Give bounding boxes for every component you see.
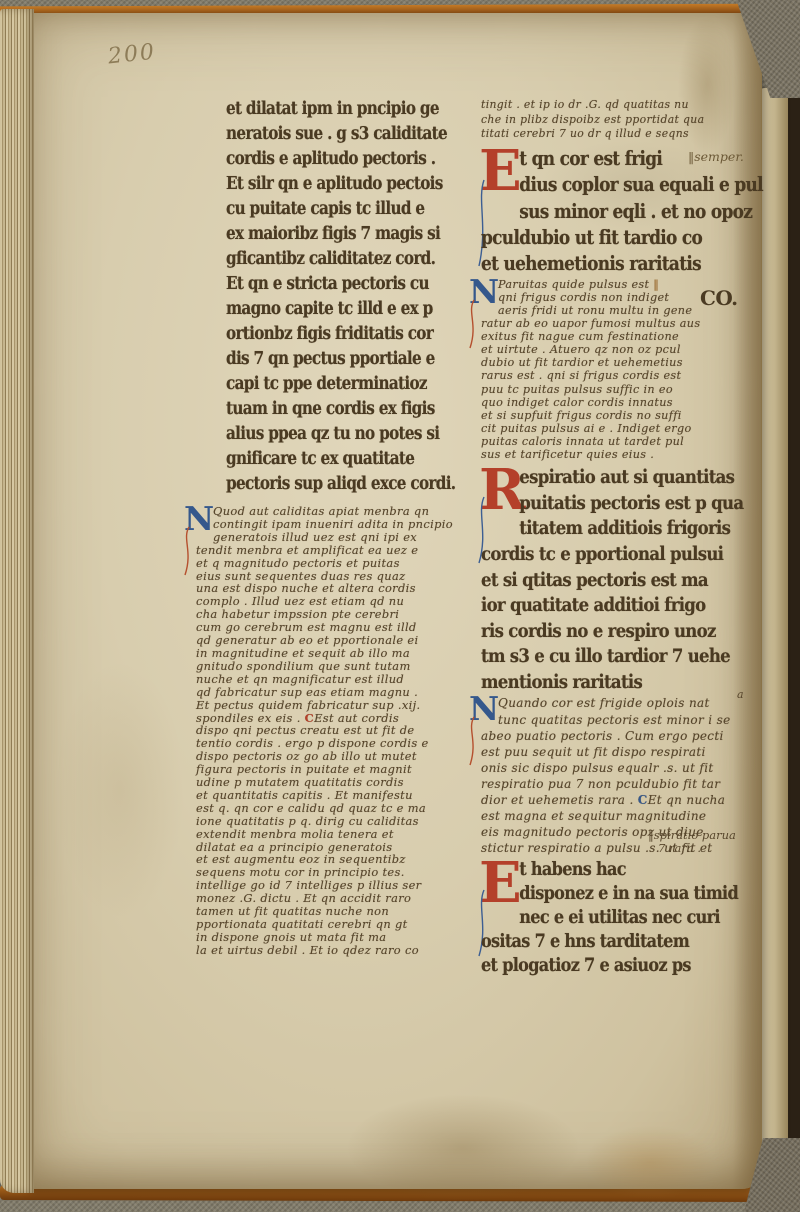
text-line: ositas 7 e hns tarditatem — [481, 930, 730, 954]
text-line: gficantibz caliditatez cord. — [226, 247, 438, 272]
text-line: est magna et sequitur magnitudine — [481, 808, 767, 824]
text-line: rarus est . qni si frigus cordis est — [481, 369, 767, 382]
text-line: et q magnitudo pectoris et puitas — [196, 557, 470, 570]
page-stack-fore-edges — [0, 9, 34, 1193]
text-line: gnitudo spondilium que sunt tutam — [196, 660, 470, 673]
text-line: dior et uehemetis rara . CEt qn nucha — [481, 792, 767, 808]
text-line: quo indiget calor cordis innatus — [481, 396, 767, 409]
penwork-flourish-red — [465, 715, 481, 767]
paraph-mark: C — [305, 711, 314, 725]
text-line: ortionbz figis friditatis cor — [226, 322, 438, 347]
text-line: est q. qn cor e calidu qd quaz tc e ma — [196, 802, 470, 815]
text-line: cordis tc e pportional pulsui — [481, 542, 730, 568]
text-line: puitatis pectoris est p qua — [481, 491, 730, 517]
superscript-correction-a: a — [737, 688, 744, 701]
drop-cap-nota-blue: N — [469, 278, 494, 305]
text-line: cordis e aplitudo pectoris . — [226, 147, 438, 172]
text-line: exitus fit nague cum festinatione — [481, 330, 767, 343]
text-line: ex maioribz figis 7 magis si — [226, 222, 438, 247]
text-line: magno capite tc illd e ex p — [226, 297, 438, 322]
text-line: generatois illud uez est qni ipi ex — [196, 531, 470, 544]
text-line: gnificare tc ex quatitate — [226, 447, 438, 472]
text-line: pectoris sup aliqd exce cordi. — [226, 472, 438, 497]
marginal-note-semper: ‖semper. — [688, 149, 744, 164]
text-line: puu tc puitas pulsus suffic in eo — [481, 383, 767, 396]
text-line: Quod aut caliditas apiat menbra qn — [196, 505, 470, 518]
insertion-caret: ‖ — [653, 278, 659, 291]
text-line: alius ppea qz tu no potes si — [226, 422, 438, 447]
text-line: tendit menbra et amplificat ea uez e — [196, 544, 470, 557]
text-line: cu puitate capis tc illud e — [226, 197, 438, 222]
text-line: nec e ei utilitas nec curi — [481, 906, 730, 930]
text-line: tunc quatitas pectoris est minor i se — [481, 712, 767, 728]
paraph-mark: C — [638, 793, 648, 807]
text-line: in magnitudine et sequit ab illo ma — [196, 647, 470, 660]
left-block-textualis: et dilatat ipm in pncipio generatois sue… — [226, 97, 470, 497]
right-block-respiratio: R espiratio aut si quantitaspuitatis pec… — [481, 465, 767, 695]
text-line: dis 7 qn pectus pportiale e — [226, 347, 438, 372]
text-line: udine p mutatem quatitatis cordis — [196, 776, 470, 789]
text-line: et uirtute . Atuero qz non oz pcul — [481, 343, 767, 356]
text-line: et quantitatis capitis . Et manifestu — [196, 789, 470, 802]
text-line: nuche et qn magnificatur est illud — [196, 673, 470, 686]
drop-cap-nota-blue: N — [469, 695, 494, 722]
left-text-column: et dilatat ipm in pncipio generatois sue… — [196, 97, 470, 957]
text-line: qd fabricatur sup eas etiam magnu . — [196, 686, 470, 699]
folio-number: 200 — [107, 40, 157, 70]
text-line: dubio ut fit tardior et uehemetius — [481, 356, 767, 369]
drop-cap-nota-blue: N — [184, 505, 209, 532]
right-block-et-qn-cor: E t qn cor est frigidius coplor sua equa… — [481, 146, 767, 278]
text-line: tuam in qne cordis ex figis — [226, 397, 438, 422]
marginal-insertion-note: ‖spiratio parua 7 rara . — [648, 829, 736, 855]
text-line: et si supfuit frigus cordis no suffi — [481, 409, 767, 422]
text-line: pculdubio ut fit tardio co — [481, 225, 730, 251]
text-line: ior quatitate additioi frigo — [481, 593, 730, 619]
text-line: cit puitas pulsus ai e . Indiget ergo — [481, 422, 767, 435]
text-line: t habens hac — [481, 858, 730, 882]
text-line: puitas caloris innata ut tardet pul — [481, 435, 767, 448]
text-line: contingit ipam inueniri adita in pncipio — [196, 518, 470, 531]
text-line: disponez e in na sua timid — [481, 882, 730, 906]
text-line: Et silr qn e aplitudo pectois — [226, 172, 438, 197]
right-block-cursive-top: tingit . et ip io dr .G. qd quatitas nuc… — [481, 98, 767, 142]
penwork-flourish-red — [180, 525, 196, 577]
text-line: tm s3 e cu illo tardior 7 uehe — [481, 644, 730, 670]
text-line: titatem additiois frigoris — [481, 516, 730, 542]
marginal-label-co: CO. — [700, 286, 738, 310]
text-line: et plogatioz 7 e asiuoz ps — [481, 954, 730, 978]
text-line: onis sic dispo pulsus equalr .s. ut fit — [481, 760, 767, 776]
text-line: abeo puatio pectoris . Cum ergo pecti — [481, 728, 767, 744]
text-line: respiratio pua 7 non pculdubio fit tar — [481, 776, 767, 792]
text-line: tingit . et ip io dr .G. qd quatitas nu — [481, 98, 767, 113]
text-line: est puu sequit ut fit dispo respirati — [481, 744, 767, 760]
text-line: et uehemetionis raritatis — [481, 251, 730, 277]
manuscript-photo: 200 et dilatat ipm in pncipio generatois… — [0, 0, 800, 1212]
text-line: ratur ab eo uapor fumosi multus aus — [481, 317, 767, 330]
penwork-flourish-red — [465, 298, 481, 350]
text-line: Et qn e stricta pectoris cu — [226, 272, 438, 297]
left-block-cursive: N Quod aut caliditas apiat menbra qncont… — [196, 505, 470, 957]
text-line: in dispone gnois ut mata fit ma — [196, 931, 470, 944]
text-line: neratois sue . g s3 caliditate — [226, 122, 438, 147]
text-line: et si qtitas pectoris est ma — [481, 568, 730, 594]
text-line: et dilatat ipm in pncipio ge — [226, 97, 438, 122]
text-line: ione quatitatis p q. dirig cu caliditas — [196, 815, 470, 828]
text-line: ris cordis no e respiro unoz — [481, 619, 730, 645]
text-line: sus minor eqli . et no opoz — [481, 199, 730, 225]
right-block-et-habens: E t habens hacdisponez e in na sua timid… — [481, 858, 767, 978]
text-line: mentionis raritatis — [481, 670, 730, 696]
text-line: espiratio aut si quantitas — [481, 465, 730, 491]
text-line: dius coplor sua equali e pul — [481, 172, 730, 198]
text-line: la et uirtus debil . Et io qdez raro co — [196, 944, 470, 957]
text-line: Quando cor est frigide oplois nat — [481, 695, 767, 711]
text-line: extendit menbra molia tenera et — [196, 828, 470, 841]
insertion-line: 7 rara . — [658, 842, 736, 855]
text-line: capi tc ppe determinatioz — [226, 372, 438, 397]
text-line: pportionata quatitati cerebri qn gt — [196, 918, 470, 931]
text-line: che in plibz dispoibz est pportidat qua — [481, 113, 767, 128]
text-line: Et pectus quidem fabricatur sup .xij. — [196, 699, 470, 712]
text-line: titati cerebri 7 uo dr q illud e seqns — [481, 127, 767, 142]
